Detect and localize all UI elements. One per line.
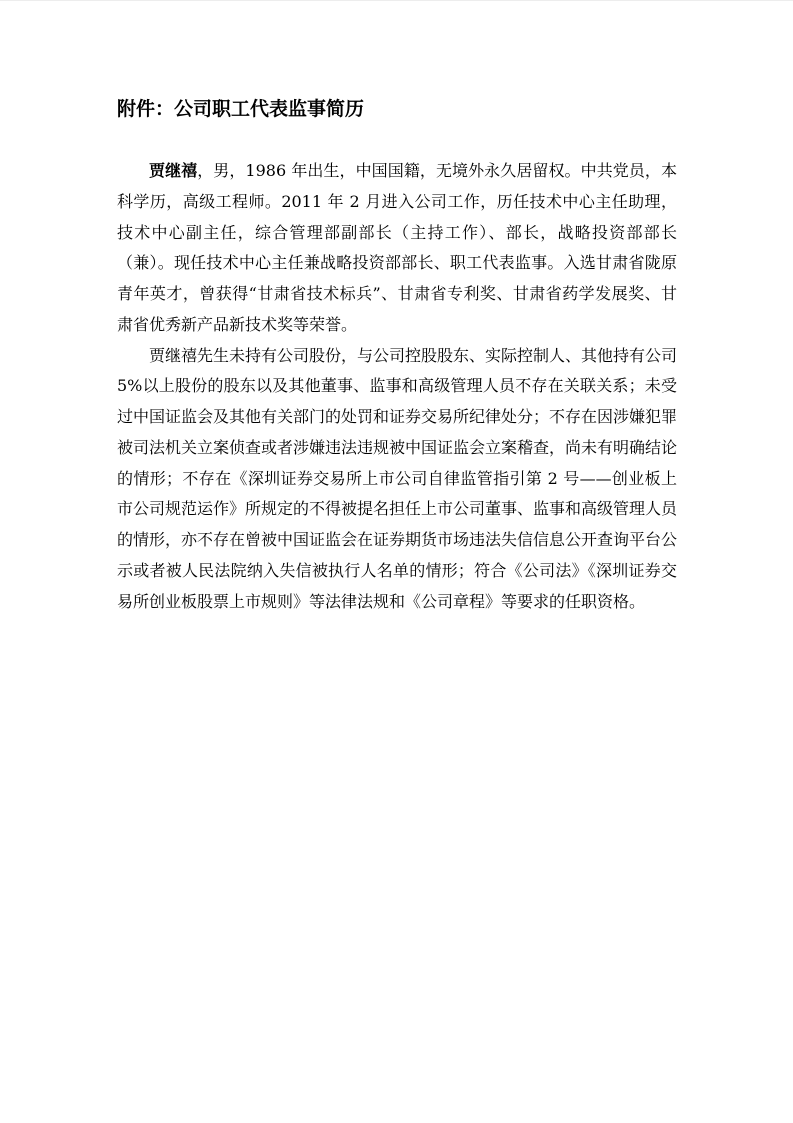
document-page: 附件：公司职工代表监事简历 贾继禧，男，1986 年出生，中国国籍，无境外永久居… xyxy=(0,0,793,1123)
bio-paragraph-text: ，男，1986 年出生，中国国籍，无境外永久居留权。中共党员，本科学历，高级工程… xyxy=(117,161,677,334)
supervisor-name: 贾继禧 xyxy=(149,161,197,180)
bio-paragraph: 贾继禧，男，1986 年出生，中国国籍，无境外永久居留权。中共党员，本科学历，高… xyxy=(117,156,677,341)
document-body: 贾继禧，男，1986 年出生，中国国籍，无境外永久居留权。中共党员，本科学历，高… xyxy=(117,156,677,617)
statement-paragraph: 贾继禧先生未持有公司股份，与公司控股股东、实际控制人、其他持有公司 5%以上股份… xyxy=(117,341,677,618)
attachment-title: 附件：公司职工代表监事简历 xyxy=(117,95,364,123)
